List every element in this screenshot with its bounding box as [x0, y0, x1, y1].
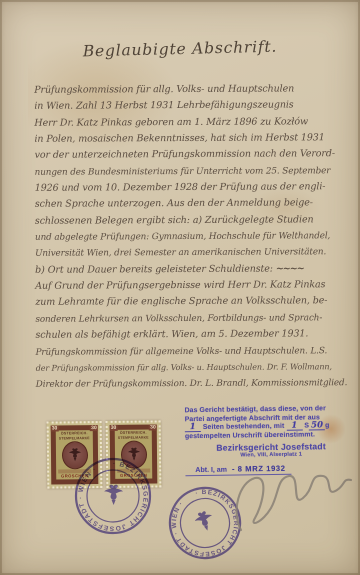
handwritten-line: nungen des Bundesministeriums für Unterr… — [35, 163, 337, 181]
handwritten-line-text: b) Ort und Dauer bereits geleisteter Sch… — [35, 263, 273, 275]
document-title: Beglaubigte Abschrift. — [0, 36, 360, 63]
stamp-type-label: STEMPELMARKE — [115, 435, 152, 439]
handwritten-line: Direktor der Prüfungskommission. Dr. L. … — [36, 375, 338, 393]
signature — [213, 452, 358, 547]
currency-groschen-label: g — [325, 422, 329, 429]
handwritten-line: der Prüfungskommission für allg. Volks- … — [36, 359, 338, 377]
handwritten-line: und abgelegte Prüfungen: Gymnasium, Hoch… — [35, 228, 337, 246]
handwritten-line: Universität Wien, drei Semester an ameri… — [35, 245, 337, 263]
handwritten-fill-groschen: 50 — [309, 422, 325, 430]
stamp-country-label: ÖSTERREICH. — [56, 431, 93, 435]
handwritten-line: 1926 und vom 10. Dezember 1928 der Prüfu… — [35, 179, 337, 197]
handwritten-line: Prüfungskommission für allg. Volks- und … — [34, 81, 336, 99]
stamp-type-label: STEMPELMARKE — [56, 436, 93, 440]
fill-value: 50 — [311, 420, 323, 430]
handwritten-line: in Polen, mosaischen Bekenntnisses, hat … — [34, 130, 336, 148]
eagle-emblem-icon — [104, 485, 123, 505]
handwritten-line: schulen als befähigt erklärt. Wien, am 5… — [35, 326, 337, 344]
handwritten-line: zum Lehramte für die englische Sprache a… — [35, 294, 337, 312]
stamp-country-label: ÖSTERREICH. — [115, 430, 152, 434]
handwritten-line: b) Ort und Dauer bereits geleisteter Sch… — [35, 261, 337, 279]
handwritten-fill-schilling: 1 — [286, 423, 302, 431]
certification-text: Seiten bestehenden, mit — [203, 423, 285, 431]
fill-value: 1 — [190, 422, 196, 432]
handwritten-line: Auf Grund der Prüfungsergebnisse wird He… — [35, 277, 337, 295]
document-page: Beglaubigte Abschrift. Prüfungskommissio… — [0, 0, 360, 575]
court-seal: · BEZIRKSGERICHT JOSEFSTADT · WIEN · — [70, 453, 156, 539]
handwritten-line: schlossenen Belegen ergibt sich: a) Zurü… — [35, 212, 337, 230]
flourish-squiggle: ~~~~ — [276, 263, 304, 274]
handwritten-line: vor der unterzeichneten Prüfungskommissi… — [35, 147, 337, 165]
fill-value: 1 — [291, 421, 297, 431]
handwritten-line: Prüfungskommission für allgemeine Volks-… — [36, 343, 338, 361]
handwritten-line: sonderen Lehrkursen an Volksschulen, For… — [35, 310, 337, 328]
handwritten-fill-pages: 1 — [185, 424, 201, 432]
handwritten-line: schen Sprache unterzogen. Aus den der An… — [35, 196, 337, 214]
handwritten-body: Prüfungskommission für allg. Volks- und … — [34, 81, 338, 393]
certification-text-line: gestempelten Urschrift übereinstimmt. — [185, 430, 357, 441]
handwritten-line: in Wien. Zahl 13 Herbst 1931 Lehrbefähig… — [34, 98, 336, 116]
handwritten-line: Herr Dr. Katz Pinkas geboren am 1. März … — [34, 114, 336, 132]
